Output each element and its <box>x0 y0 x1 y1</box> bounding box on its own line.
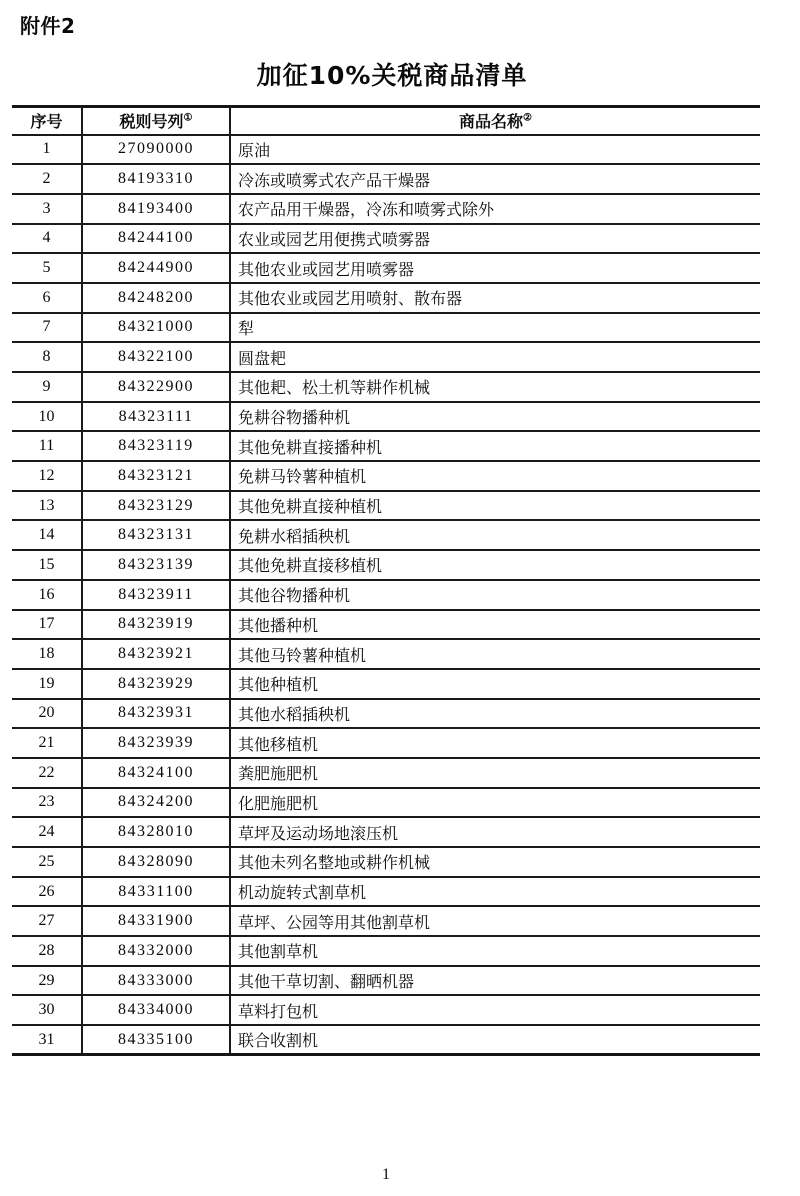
table-row: 1184323119其他免耕直接播种机 <box>12 431 760 461</box>
product-name-cell: 草料打包机 <box>230 995 760 1025</box>
table-row: 1384323129其他免耕直接种植机 <box>12 491 760 521</box>
tariff-code-cell: 84323931 <box>82 699 230 729</box>
table-row: 2884332000其他割草机 <box>12 936 760 966</box>
tariff-code-cell: 84332000 <box>82 936 230 966</box>
serial-cell: 31 <box>12 1025 82 1055</box>
tariff-code-cell: 84193310 <box>82 164 230 194</box>
tariff-code-cell: 84323919 <box>82 610 230 640</box>
tariff-code-cell: 84244900 <box>82 253 230 283</box>
footnote-mark-1-icon: ① <box>184 113 193 124</box>
table-row: 684248200其他农业或园艺用喷射、散布器 <box>12 283 760 313</box>
tariff-code-cell: 84324100 <box>82 758 230 788</box>
product-name-cell: 机动旋转式割草机 <box>230 877 760 907</box>
tariff-code-cell: 84331100 <box>82 877 230 907</box>
tariff-code-cell: 84323121 <box>82 461 230 491</box>
footnote-mark-2-icon: ② <box>523 113 532 124</box>
serial-cell: 6 <box>12 283 82 313</box>
product-name-cell: 犁 <box>230 313 760 343</box>
tariff-code-cell: 84323111 <box>82 402 230 432</box>
column-header-product-name-label: 商品名称 <box>459 114 523 131</box>
column-header-product-name: 商品名称② <box>230 107 760 135</box>
column-header-tariff-code-label: 税则号列 <box>120 114 184 131</box>
tariff-code-cell: 84331900 <box>82 906 230 936</box>
table-row: 127090000原油 <box>12 135 760 165</box>
product-name-cell: 其他播种机 <box>230 610 760 640</box>
serial-cell: 19 <box>12 669 82 699</box>
serial-cell: 3 <box>12 194 82 224</box>
product-name-cell: 草坪及运动场地滚压机 <box>230 817 760 847</box>
tariff-code-cell: 84323911 <box>82 580 230 610</box>
serial-cell: 1 <box>12 135 82 165</box>
tariff-code-cell: 84248200 <box>82 283 230 313</box>
serial-cell: 26 <box>12 877 82 907</box>
product-name-cell: 其他免耕直接播种机 <box>230 431 760 461</box>
product-name-cell: 圆盘耙 <box>230 342 760 372</box>
serial-cell: 18 <box>12 639 82 669</box>
product-name-cell: 其他马铃薯种植机 <box>230 639 760 669</box>
serial-cell: 11 <box>12 431 82 461</box>
product-name-cell: 其他免耕直接移植机 <box>230 550 760 580</box>
table-row: 1484323131免耕水稻插秧机 <box>12 520 760 550</box>
table-row: 1284323121免耕马铃薯种植机 <box>12 461 760 491</box>
table-header-row: 序号 税则号列① 商品名称② <box>12 107 760 135</box>
tariff-code-cell: 84321000 <box>82 313 230 343</box>
tariff-code-cell: 84335100 <box>82 1025 230 1055</box>
serial-cell: 12 <box>12 461 82 491</box>
column-header-serial-label: 序号 <box>30 114 62 131</box>
serial-cell: 15 <box>12 550 82 580</box>
serial-cell: 5 <box>12 253 82 283</box>
product-name-cell: 其他种植机 <box>230 669 760 699</box>
column-header-serial: 序号 <box>12 107 82 135</box>
serial-cell: 23 <box>12 788 82 818</box>
table-row: 384193400农产品用干燥器，冷冻和喷雾式除外 <box>12 194 760 224</box>
serial-cell: 24 <box>12 817 82 847</box>
table-row: 2784331900草坪、公园等用其他割草机 <box>12 906 760 936</box>
serial-cell: 22 <box>12 758 82 788</box>
table-body: 127090000原油284193310冷冻或喷雾式农产品干燥器38419340… <box>12 135 760 1055</box>
serial-cell: 21 <box>12 728 82 758</box>
tariff-code-cell: 84328090 <box>82 847 230 877</box>
tariff-code-cell: 84328010 <box>82 817 230 847</box>
serial-cell: 13 <box>12 491 82 521</box>
tariff-code-cell: 84322100 <box>82 342 230 372</box>
table-row: 2684331100机动旋转式割草机 <box>12 877 760 907</box>
tariff-code-cell: 84322900 <box>82 372 230 402</box>
product-name-cell: 草坪、公园等用其他割草机 <box>230 906 760 936</box>
table-row: 2384324200化肥施肥机 <box>12 788 760 818</box>
serial-cell: 14 <box>12 520 82 550</box>
table-row: 1884323921其他马铃薯种植机 <box>12 639 760 669</box>
product-name-cell: 联合收割机 <box>230 1025 760 1055</box>
table-row: 484244100农业或园艺用便携式喷雾器 <box>12 224 760 254</box>
serial-cell: 25 <box>12 847 82 877</box>
table-row: 3184335100联合收割机 <box>12 1025 760 1055</box>
table-row: 1684323911其他谷物播种机 <box>12 580 760 610</box>
table-row: 284193310冷冻或喷雾式农产品干燥器 <box>12 164 760 194</box>
serial-cell: 7 <box>12 313 82 343</box>
tariff-code-cell: 84324200 <box>82 788 230 818</box>
product-name-cell: 其他免耕直接种植机 <box>230 491 760 521</box>
serial-cell: 10 <box>12 402 82 432</box>
page-title: 加征10%关税商品清单 <box>12 56 772 92</box>
serial-cell: 17 <box>12 610 82 640</box>
product-name-cell: 化肥施肥机 <box>230 788 760 818</box>
product-name-cell: 粪肥施肥机 <box>230 758 760 788</box>
product-name-cell: 其他耙、松土机等耕作机械 <box>230 372 760 402</box>
product-name-cell: 免耕水稻插秧机 <box>230 520 760 550</box>
product-name-cell: 其他移植机 <box>230 728 760 758</box>
table-row: 784321000犁 <box>12 313 760 343</box>
document-page: 附件2 加征10%关税商品清单 序号 税则号列① 商品名称② 127090000… <box>0 0 800 1196</box>
table-row: 1584323139其他免耕直接移植机 <box>12 550 760 580</box>
tariff-code-cell: 84333000 <box>82 966 230 996</box>
product-name-cell: 免耕谷物播种机 <box>230 402 760 432</box>
table-row: 884322100圆盘耙 <box>12 342 760 372</box>
serial-cell: 9 <box>12 372 82 402</box>
product-name-cell: 农业或园艺用便携式喷雾器 <box>230 224 760 254</box>
table-row: 2284324100粪肥施肥机 <box>12 758 760 788</box>
attachment-label: 附件2 <box>20 10 75 39</box>
tariff-table: 序号 税则号列① 商品名称② 127090000原油284193310冷冻或喷雾… <box>12 105 760 1056</box>
table-row: 2184323939其他移植机 <box>12 728 760 758</box>
product-name-cell: 其他农业或园艺用喷雾器 <box>230 253 760 283</box>
table-row: 984322900其他耙、松土机等耕作机械 <box>12 372 760 402</box>
serial-cell: 16 <box>12 580 82 610</box>
tariff-code-cell: 84323939 <box>82 728 230 758</box>
table-row: 2084323931其他水稻插秧机 <box>12 699 760 729</box>
product-name-cell: 其他谷物播种机 <box>230 580 760 610</box>
tariff-code-cell: 84323129 <box>82 491 230 521</box>
table-row: 2584328090其他未列名整地或耕作机械 <box>12 847 760 877</box>
product-name-cell: 其他未列名整地或耕作机械 <box>230 847 760 877</box>
tariff-code-cell: 84193400 <box>82 194 230 224</box>
table-row: 584244900其他农业或园艺用喷雾器 <box>12 253 760 283</box>
product-name-cell: 其他干草切割、翻晒机器 <box>230 966 760 996</box>
tariff-code-cell: 84334000 <box>82 995 230 1025</box>
page-number: 1 <box>12 1166 760 1184</box>
serial-cell: 27 <box>12 906 82 936</box>
product-name-cell: 原油 <box>230 135 760 165</box>
table-row: 2484328010草坪及运动场地滚压机 <box>12 817 760 847</box>
table-row: 1984323929其他种植机 <box>12 669 760 699</box>
tariff-code-cell: 84323119 <box>82 431 230 461</box>
table-row: 1784323919其他播种机 <box>12 610 760 640</box>
product-name-cell: 免耕马铃薯种植机 <box>230 461 760 491</box>
serial-cell: 28 <box>12 936 82 966</box>
tariff-code-cell: 27090000 <box>82 135 230 165</box>
product-name-cell: 其他水稻插秧机 <box>230 699 760 729</box>
product-name-cell: 农产品用干燥器，冷冻和喷雾式除外 <box>230 194 760 224</box>
serial-cell: 30 <box>12 995 82 1025</box>
serial-cell: 29 <box>12 966 82 996</box>
table-row: 1084323111免耕谷物播种机 <box>12 402 760 432</box>
tariff-code-cell: 84323131 <box>82 520 230 550</box>
product-name-cell: 其他农业或园艺用喷射、散布器 <box>230 283 760 313</box>
serial-cell: 4 <box>12 224 82 254</box>
serial-cell: 20 <box>12 699 82 729</box>
table-row: 3084334000草料打包机 <box>12 995 760 1025</box>
tariff-code-cell: 84323139 <box>82 550 230 580</box>
tariff-code-cell: 84323921 <box>82 639 230 669</box>
tariff-code-cell: 84244100 <box>82 224 230 254</box>
product-name-cell: 其他割草机 <box>230 936 760 966</box>
serial-cell: 8 <box>12 342 82 372</box>
column-header-tariff-code: 税则号列① <box>82 107 230 135</box>
table-row: 2984333000其他干草切割、翻晒机器 <box>12 966 760 996</box>
product-name-cell: 冷冻或喷雾式农产品干燥器 <box>230 164 760 194</box>
tariff-code-cell: 84323929 <box>82 669 230 699</box>
serial-cell: 2 <box>12 164 82 194</box>
